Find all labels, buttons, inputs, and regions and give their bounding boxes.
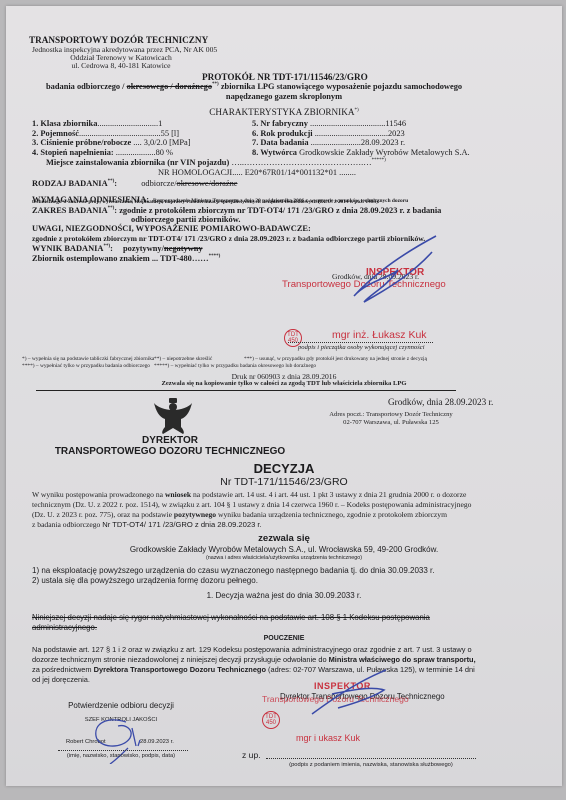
test-scope: ZAKRES BADANIA**): zgodnie z protokółem …: [32, 206, 441, 215]
test-type: RODZAJ BADANIA**): odbiorcze/okresowe/do…: [32, 179, 237, 188]
test-result: WYNIK BADANIA**): pozytywny/negatywny: [32, 244, 203, 253]
authority-line2: TRANSPORTOWEGO DOZORU TECHNICZNEGO: [46, 446, 294, 457]
section-divider: [36, 390, 456, 391]
instruction-line1: Na podstawie art. 127 § 1 i 2 oraz w zwi…: [32, 645, 472, 654]
vin-field: Miejsce zainstalowania zbiornika (nr VIN…: [46, 158, 386, 167]
org-name: TRANSPORTOWY DOZÓR TECHNICZNY: [29, 35, 208, 45]
decision-item-1: 1) na eksploatację powyższego urządzenia…: [32, 566, 435, 575]
polish-eagle-emblem-icon: [153, 397, 193, 435]
copy-notice: Zezwala się na kopiowanie tylko w całośc…: [6, 380, 562, 387]
field-serial-number: 5. Nr fabryczny ........................…: [252, 119, 470, 129]
signature-caption: podpis i pieczątka osoby wykonującej czy…: [298, 344, 425, 351]
authority-line1: DYREKTOR: [46, 435, 294, 446]
field-manufacturer: 8. Wytwórca Grodkowskie Zakłady Wyrobów …: [252, 148, 470, 158]
instruction-heading: POUCZENIE: [6, 635, 562, 642]
decision-body-line1: W wyniku postępowania prowadzonego na wn…: [32, 490, 466, 499]
field-test-date: 7. Data badania ........................…: [252, 138, 470, 148]
permittee-caption: (nazwa i adres właściciela/użytkownika u…: [6, 555, 562, 561]
director-signature-line: [266, 758, 476, 759]
test-scope-line2: odbiorczego partii zbiorników.: [131, 215, 240, 224]
field-class: 1. Klasa zbiornika......................…: [32, 119, 191, 129]
zup-label: z up.: [242, 750, 261, 760]
footnote-3: ***) – usunąć, w przypadku gdy protokół …: [244, 356, 427, 362]
characteristics-left: 1. Klasa zbiornika......................…: [32, 119, 191, 157]
protocol-title: PROTOKÓŁ NR TDT-171/11546/23/GRO: [202, 72, 368, 82]
decision-item-2: 2) ustala się dla powyższego urządzenia …: [32, 576, 258, 585]
director-signature: [302, 668, 392, 718]
postal-address-line1: Adres poczt.: Transportowy Dozór Technic…: [306, 411, 476, 418]
permittee: Grodkowskie Zakłady Wyrobów Metalowych S…: [6, 545, 562, 554]
receipt-caption: (imię, nazwisko, stanowisko, podpis, dat…: [46, 753, 196, 759]
field-fill-level: 4. Stopień napełnienia: ................…: [32, 148, 191, 158]
decision-validity: 1. Decyzja ważna jest do dnia 30.09.2033…: [6, 591, 562, 600]
remarks-label: UWAGI, NIEZGODNOŚCI, WYPOSAŻENIE POMIARO…: [32, 224, 311, 233]
document-page: TRANSPORTOWY DOZÓR TECHNICZNY Jednostka …: [6, 6, 562, 786]
permits-heading: zezwala się: [6, 533, 562, 544]
receipt-heading: Potwierdzenie odbioru decyzji: [46, 701, 196, 710]
tank-stamp-mark: Zbiornik ostemplowano znakiem ... TDT-48…: [32, 254, 220, 263]
receipt-signature-line: [58, 750, 188, 751]
footnote-2: **) – niepotrzebne skreślić: [154, 356, 212, 362]
instruction-line3: za pośrednictwem Dyrektora Transportoweg…: [32, 665, 475, 674]
decision-number: Nr TDT-171/11546/23/GRO: [6, 476, 562, 488]
signature-line: [288, 342, 433, 343]
field-pressure: 3. Ciśnienie próbne/robocze .... 3,0/2.0…: [32, 138, 191, 148]
inspector-name: mgr inż. Łukasz Kuk: [332, 329, 427, 341]
director-tdt-badge-icon: TDT450: [262, 711, 280, 729]
field-capacity: 2. Pojemność............................…: [32, 129, 191, 139]
footnote-4: ****) – wypełniać tylko w przypadku bada…: [22, 363, 150, 369]
characteristics-heading: CHARAKTERYSTYKA ZBIORNIKA*): [6, 107, 562, 117]
director-stamp-name: mgr i ukasz Kuk: [296, 733, 360, 743]
field-production-year: 6. Rok produkcji .......................…: [252, 129, 470, 139]
homologation-field: NR HOMOLOGACJI..... E20*67R01/14*001132*…: [158, 168, 356, 177]
instruction-line2: dozorze technicznym stronie niezadowolon…: [32, 655, 476, 664]
protocol-subtitle-line2: napędzanego gazem skroplonym: [6, 92, 562, 101]
decision-body-line3: (Dz. U. z 2023 r. poz. 775), oraz na pod…: [32, 510, 447, 519]
decision-body-line4: z badania odbiorczego Nr TDT-OT4/ 171 /2…: [32, 520, 262, 529]
decision-body-line2: technicznym (Dz. U. z 2022 r. poz. 1514)…: [32, 500, 471, 509]
decision-place-date: Grodków, dnia 28.09.2023 r.: [388, 397, 493, 407]
org-address: ul. Cedrowa 8, 40-181 Katowice: [32, 61, 210, 70]
footnote-5: *****) – wypełniać tylko w przypadku bad…: [154, 363, 316, 369]
requirements-line2: technicznego w zakresie proj., wytwarzan…: [32, 199, 379, 205]
instruction-line4: od jej doręczenia.: [32, 675, 90, 684]
characteristics-right: 5. Nr fabryczny ........................…: [252, 119, 470, 157]
struck-clause-line1: Niniejszej decyzji nadaje się rygor naty…: [32, 613, 430, 622]
director-caption: (podpis z podaniem imienia, nazwiska, st…: [266, 762, 476, 768]
footnote-1: *) – wypełnia się na podstawie tabliczki…: [22, 356, 154, 362]
inspector-signature: [336, 232, 446, 307]
struck-clause-line2: administracyjnego.: [32, 623, 97, 632]
protocol-subtitle: badania odbiorczego / okresowego / doraź…: [46, 82, 462, 91]
decision-title: DECYZJA: [6, 461, 562, 476]
postal-address-line2: 02-707 Warszawa, ul. Puławska 125: [306, 419, 476, 426]
